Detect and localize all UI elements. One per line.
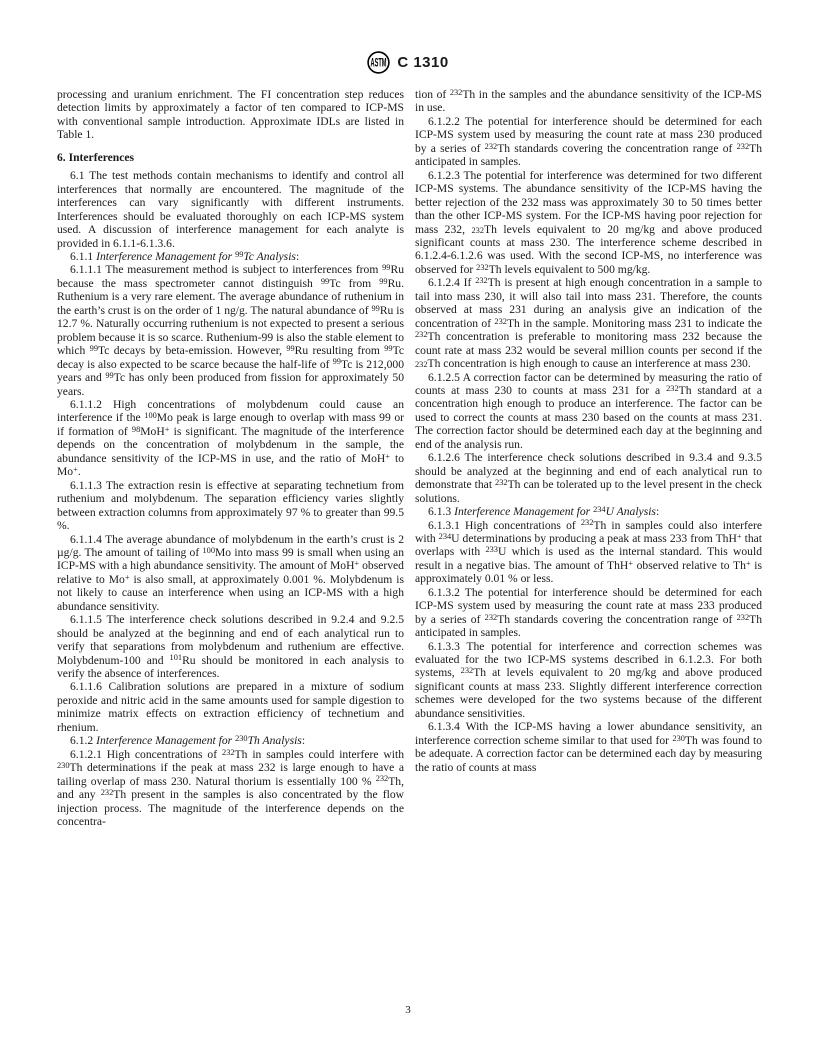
paragraph: 6.1.2.5 A correction factor can be deter… [415, 371, 762, 452]
document-page: ASTM C 1310 processing and uranium enric… [0, 0, 816, 1056]
paragraph: 6.1.2 Interference Management for 230Th … [57, 734, 404, 747]
paragraph: processing and uranium enrichment. The F… [57, 88, 404, 142]
paragraph: 6.1.1.3 The extraction resin is effectiv… [57, 479, 404, 533]
page-number: 3 [405, 1004, 411, 1016]
left-column: processing and uranium enrichment. The F… [57, 88, 404, 988]
paragraph: 6.1.1.6 Calibration solutions are prepar… [57, 680, 404, 734]
astm-logo-icon: ASTM [367, 51, 390, 74]
paragraph: 6.1.2.2 The potential for interference s… [415, 115, 762, 169]
paragraph: 6.1.3.1 High concentrations of 232Th in … [415, 519, 762, 586]
paragraph: 6.1.1 Interference Management for 99Tc A… [57, 250, 404, 263]
paragraph: 6.1.1.5 The interference check solutions… [57, 613, 404, 680]
paragraph: 6.1.2.3 The potential for interference w… [415, 169, 762, 277]
paragraph: 6.1.1.1 The measurement method is subjec… [57, 263, 404, 398]
paragraph: 6.1.3.4 With the ICP-MS having a lower a… [415, 720, 762, 774]
paragraph: 6.1.3.3 The potential for interference a… [415, 640, 762, 721]
paragraph: 6.1.3 Interference Management for 234U A… [415, 505, 762, 518]
paragraph: 6.1.2.1 High concentrations of 232Th in … [57, 748, 404, 829]
paragraph: 6.1 The test methods contain mechanisms … [57, 169, 404, 250]
right-column: tion of 232Th in the samples and the abu… [415, 88, 762, 988]
paragraph: 6.1.1.2 High concentrations of molybdenu… [57, 398, 404, 479]
astm-logo-text: ASTM [371, 57, 387, 69]
page-header: ASTM C 1310 [0, 51, 816, 74]
paragraph: 6.1.3.2 The potential for interference s… [415, 586, 762, 640]
two-column-body: processing and uranium enrichment. The F… [57, 88, 762, 988]
document-code: C 1310 [397, 54, 448, 71]
paragraph: 6.1.2.4 If 232Th is present at high enou… [415, 276, 762, 370]
paragraph: 6.1.1.4 The average abundance of molybde… [57, 533, 404, 614]
paragraph: 6.1.2.6 The interference check solutions… [415, 451, 762, 505]
paragraph: tion of 232Th in the samples and the abu… [415, 88, 762, 115]
section-heading: 6. Interferences [57, 151, 404, 164]
page-footer: 3 [0, 1004, 816, 1016]
